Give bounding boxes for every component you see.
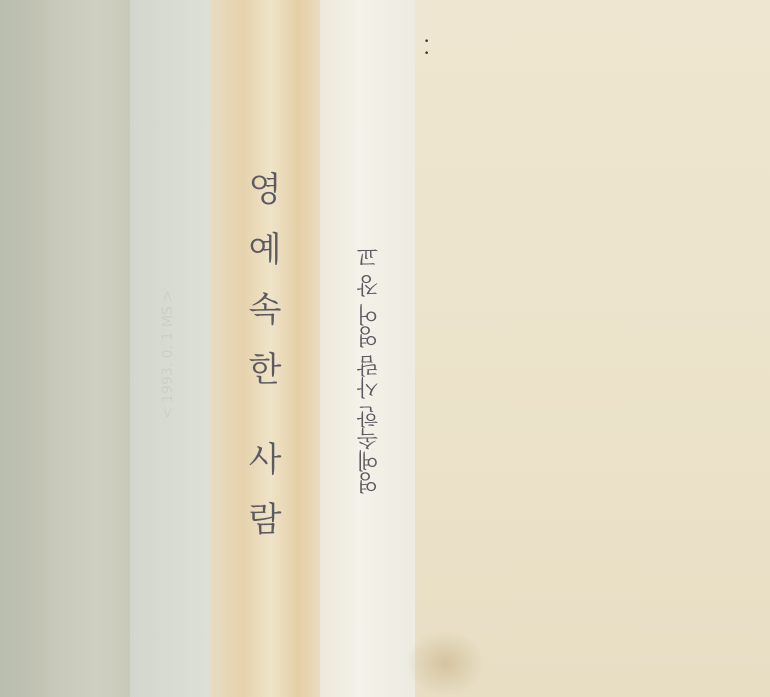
title-char: 한: [249, 340, 282, 400]
cover-paper: [415, 0, 770, 697]
grey-cloth-edge: [0, 0, 44, 697]
handwritten-subtitle: 영예속한 사람 영어 장 교: [340, 170, 400, 570]
title-char: 람: [249, 490, 282, 550]
title-char: 예: [249, 220, 282, 280]
title-char: 속: [249, 280, 282, 340]
grey-cloth-band: [44, 0, 130, 697]
ink-dots: ••: [424, 36, 430, 60]
handwritten-title: 영 예 속 한 사 람: [235, 160, 295, 550]
faded-stamp-text: < 1993. 0. 1 MS >: [160, 290, 176, 419]
title-char: 사: [249, 430, 282, 490]
water-stain: [405, 630, 485, 697]
title-char: 영: [249, 160, 282, 220]
